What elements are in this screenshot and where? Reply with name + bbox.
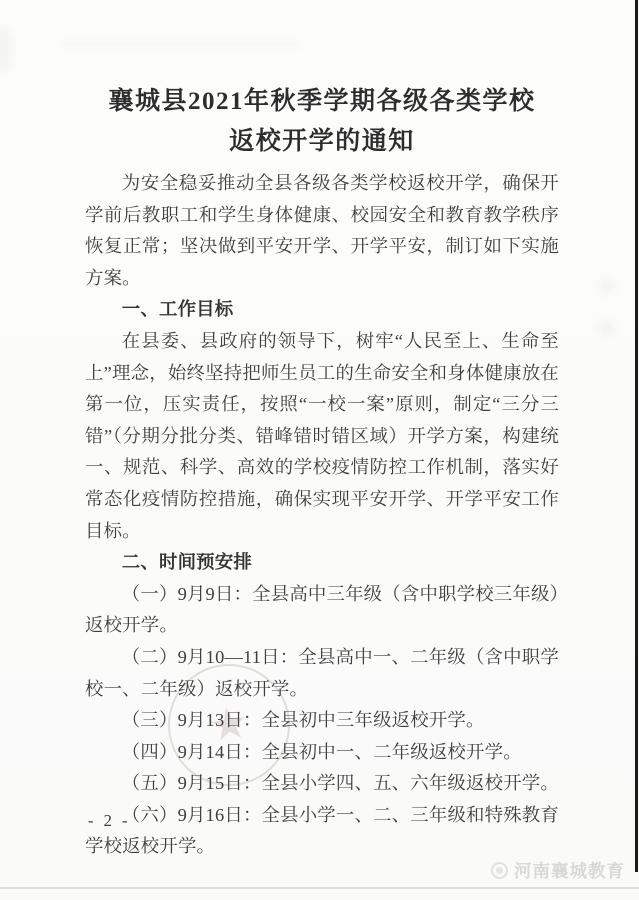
xiangcheng-education-logo-icon	[491, 862, 508, 879]
paragraph-intro: 为安全稳妥推动全县各级各类学校返校开学，确保开学前后教职工和学生身体健康、校园安…	[85, 168, 559, 294]
notice-body: 襄城县2021年秋季学期各级各类学校 返校开学的通知 为安全稳妥推动全县各级各类…	[85, 82, 559, 863]
scan-smudge	[598, 322, 614, 336]
scan-smudge	[0, 26, 12, 72]
page-number: - 2 -	[88, 811, 131, 831]
scan-smudge	[60, 40, 300, 48]
paragraph-goals: 在县委、县政府的领导下，树牢“人民至上、生命至上”理念，始终坚持把师生员工的生命…	[85, 326, 559, 547]
schedule-item-1: （一）9月9日：全县高中三年级（含中职学校三年级）返校开学。	[85, 579, 559, 642]
section-heading-1: 一、工作目标	[85, 294, 559, 326]
schedule-item-2: （二）9月10—11日：全县高中一、二年级（含中职学校一、二年级）返校开学。	[85, 642, 559, 705]
bottom-divider	[0, 887, 639, 889]
schedule-item-6: （六）9月16日：全县小学一、二、三年级和特殊教育学校返校开学。	[85, 800, 559, 863]
right-edge-scan-line	[635, 0, 638, 872]
schedule-item-4: （四）9月14日：全县初中一、二年级返校开学。	[85, 737, 559, 769]
scanned-document-page: ★ 襄城县2021年秋季学期各级各类学校 返校开学的通知 为安全稳妥推动全县各级…	[0, 0, 639, 900]
section-heading-2: 二、时间预安排	[85, 547, 559, 579]
watermark-label: 河南襄城教育	[514, 858, 625, 883]
schedule-item-5: （五）9月15日：全县小学四、五、六年级返校开学。	[85, 768, 559, 800]
scan-smudge	[600, 280, 614, 292]
schedule-item-3: （三）9月13日：全县初中三年级返校开学。	[85, 705, 559, 737]
page-title-line2: 返校开学的通知	[85, 122, 559, 162]
page-title-line1: 襄城县2021年秋季学期各级各类学校	[85, 82, 559, 122]
site-watermark: 河南襄城教育	[491, 858, 625, 883]
